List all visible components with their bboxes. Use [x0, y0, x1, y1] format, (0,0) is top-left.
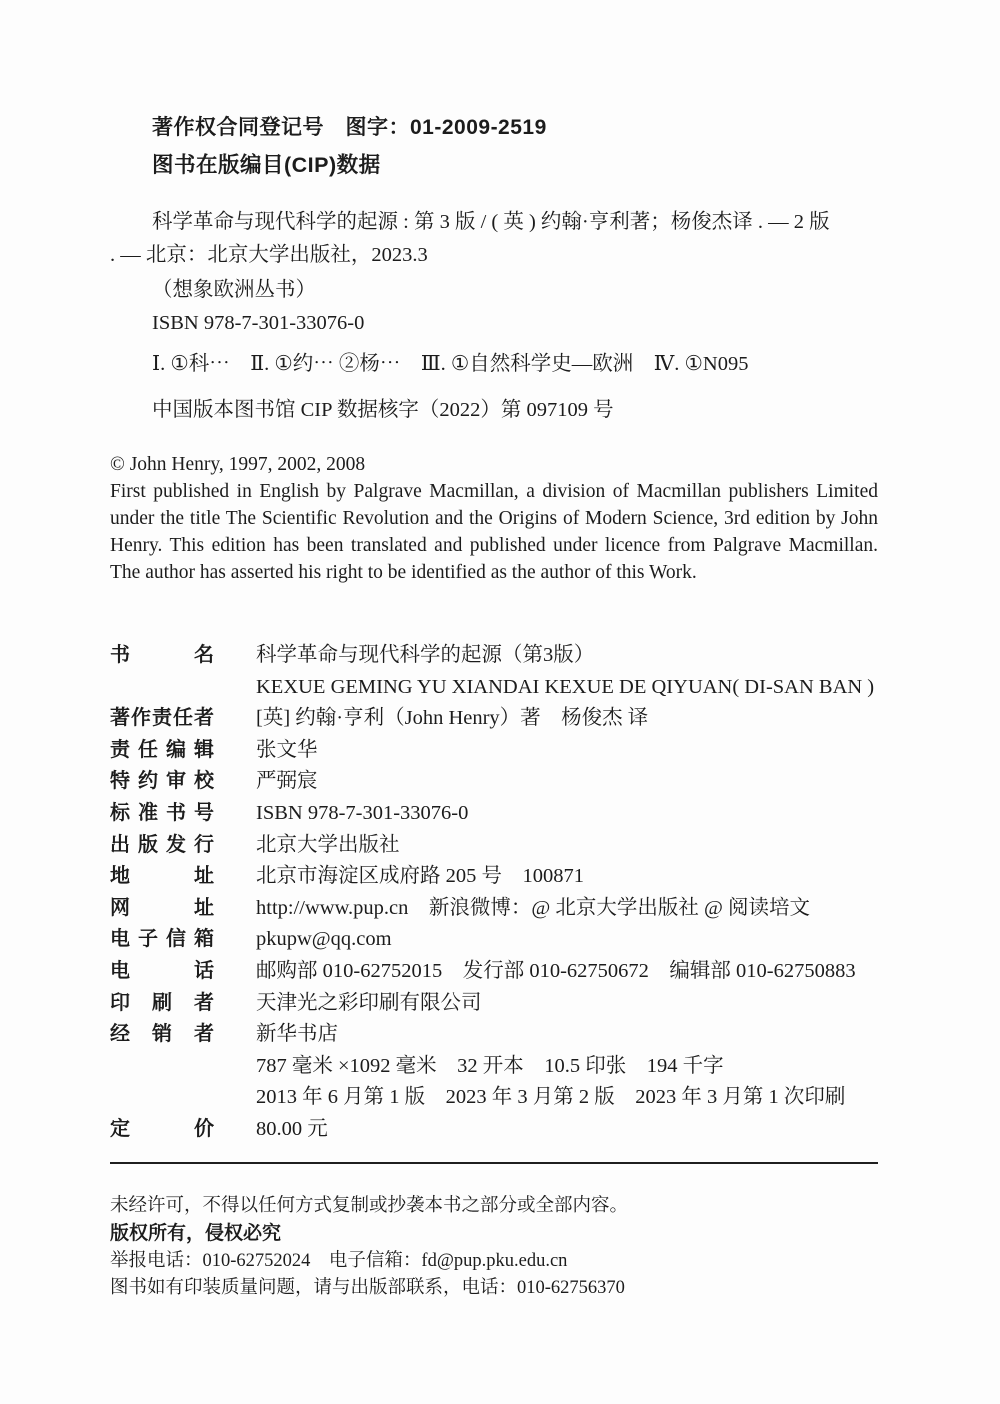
row-email-label: 电子信箱 — [110, 924, 214, 956]
row-format-value: 787 毫米 ×1092 毫米 32 开本 10.5 印张 194 千字 — [256, 1051, 724, 1083]
rights-reserved-notice: 版权所有，侵权必究 — [110, 1220, 878, 1248]
colophon-table: 书名 科学革命与现代科学的起源（第3版） KEXUE GEMING YU XIA… — [110, 640, 878, 1146]
cip-data-block: 科学革命与现代科学的起源 : 第 3 版 / ( 英 ) 约翰·亨利著；杨俊杰译… — [110, 206, 878, 427]
row-pinyin-title: KEXUE GEMING YU XIANDAI KEXUE DE QIYUAN(… — [110, 672, 878, 704]
series-note: （想象欧洲丛书） — [110, 274, 878, 307]
row-distributor-value: 新华书店 — [256, 1019, 338, 1051]
cip-data-heading: 图书在版编目(CIP)数据 — [110, 152, 878, 179]
row-editor-label: 责任编辑 — [110, 735, 214, 767]
divider-rule — [110, 1162, 878, 1164]
cip-description-line1: 科学革命与现代科学的起源 : 第 3 版 / ( 英 ) 约翰·亨利著；杨俊杰译… — [110, 206, 878, 239]
row-author-label: 著作责任者 — [110, 703, 214, 735]
row-website-value: http://www.pup.cn 新浪微博：@ 北京大学出版社 @ 阅读培文 — [256, 893, 810, 925]
row-proofreader: 特约审校 严弼宸 — [110, 766, 878, 798]
row-author-value: [英] 约翰·亨利（John Henry）著 杨俊杰 译 — [256, 703, 648, 735]
row-address-label: 地址 — [110, 861, 214, 893]
row-address: 地址 北京市海淀区成府路 205 号 100871 — [110, 861, 878, 893]
row-format: 787 毫米 ×1092 毫米 32 开本 10.5 印张 194 千字 — [110, 1051, 878, 1083]
row-edition-value: 2013 年 6 月第 1 版 2023 年 3 月第 2 版 2023 年 3… — [256, 1082, 845, 1114]
legal-notices: 未经许可，不得以任何方式复制或抄袭本书之部分或全部内容。 版权所有，侵权必究 举… — [110, 1193, 878, 1303]
row-printer-value: 天津光之彩印刷有限公司 — [256, 988, 482, 1020]
copyright-rights-line: © John Henry, 1997, 2002, 2008 — [110, 451, 878, 478]
print-quality-line: 图书如有印装质量问题，请与出版部联系，电话：010-62756370 — [110, 1275, 878, 1303]
row-price-value: 80.00 元 — [256, 1114, 328, 1146]
no-copy-notice: 未经许可，不得以任何方式复制或抄袭本书之部分或全部内容。 — [110, 1193, 878, 1221]
row-printer-label: 印刷者 — [110, 988, 214, 1020]
row-pinyin-title-value: KEXUE GEMING YU XIANDAI KEXUE DE QIYUAN(… — [256, 672, 874, 704]
registration-number-line: 著作权合同登记号 图字：01-2009-2519 — [110, 114, 878, 141]
row-email: 电子信箱 pkupw@qq.com — [110, 924, 878, 956]
row-address-value: 北京市海淀区成府路 205 号 100871 — [256, 861, 584, 893]
row-isbn-label: 标准书号 — [110, 798, 214, 830]
report-contact-line: 举报电话：010-62752024 电子信箱：fd@pup.pku.edu.cn — [110, 1248, 878, 1276]
cip-classification-line: Ⅰ. ①科⋯ Ⅱ. ①约⋯ ②杨⋯ Ⅲ. ①自然科学史—欧洲 Ⅳ. ①N095 — [110, 348, 878, 381]
row-email-value: pkupw@qq.com — [256, 924, 392, 956]
page-content: 著作权合同登记号 图字：01-2009-2519 图书在版编目(CIP)数据 科… — [110, 0, 878, 1303]
row-website: 网址 http://www.pup.cn 新浪微博：@ 北京大学出版社 @ 阅读… — [110, 893, 878, 925]
cip-isbn-line: ISBN 978-7-301-33076-0 — [110, 307, 878, 340]
cip-record-number-line: 中国版本图书馆 CIP 数据核字（2022）第 097109 号 — [110, 394, 878, 427]
row-editor-value: 张文华 — [256, 735, 318, 767]
row-isbn-value: ISBN 978-7-301-33076-0 — [256, 798, 468, 830]
row-phone-value: 邮购部 010-62752015 发行部 010-62750672 编辑部 01… — [256, 956, 856, 988]
row-price: 定价 80.00 元 — [110, 1114, 878, 1146]
row-book-title: 书名 科学革命与现代科学的起源（第3版） — [110, 640, 878, 672]
row-phone-label: 电话 — [110, 956, 214, 988]
row-distributor: 经销者 新华书店 — [110, 1019, 878, 1051]
row-printer: 印刷者 天津光之彩印刷有限公司 — [110, 988, 878, 1020]
row-publisher-label: 出版发行 — [110, 830, 214, 862]
copyright-page: 著作权合同登记号 图字：01-2009-2519 图书在版编目(CIP)数据 科… — [0, 0, 1000, 1404]
cip-description-line2: . — 北京：北京大学出版社，2023.3 — [110, 239, 878, 272]
row-price-label: 定价 — [110, 1114, 214, 1146]
row-author: 著作责任者 [英] 约翰·亨利（John Henry）著 杨俊杰 译 — [110, 703, 878, 735]
row-publisher-value: 北京大学出版社 — [256, 830, 400, 862]
row-edition: 2013 年 6 月第 1 版 2023 年 3 月第 2 版 2023 年 3… — [110, 1082, 878, 1114]
row-website-label: 网址 — [110, 893, 214, 925]
row-proofreader-label: 特约审校 — [110, 766, 214, 798]
row-book-title-label: 书名 — [110, 640, 214, 672]
row-proofreader-value: 严弼宸 — [256, 766, 318, 798]
row-distributor-label: 经销者 — [110, 1019, 214, 1051]
row-isbn: 标准书号 ISBN 978-7-301-33076-0 — [110, 798, 878, 830]
row-phone: 电话 邮购部 010-62752015 发行部 010-62750672 编辑部… — [110, 956, 878, 988]
row-publisher: 出版发行 北京大学出版社 — [110, 830, 878, 862]
license-paragraph: First published in English by Palgrave M… — [110, 478, 878, 586]
row-book-title-value: 科学革命与现代科学的起源（第3版） — [256, 640, 594, 672]
english-copyright-block: © John Henry, 1997, 2002, 2008 First pub… — [110, 451, 878, 586]
row-editor: 责任编辑 张文华 — [110, 735, 878, 767]
